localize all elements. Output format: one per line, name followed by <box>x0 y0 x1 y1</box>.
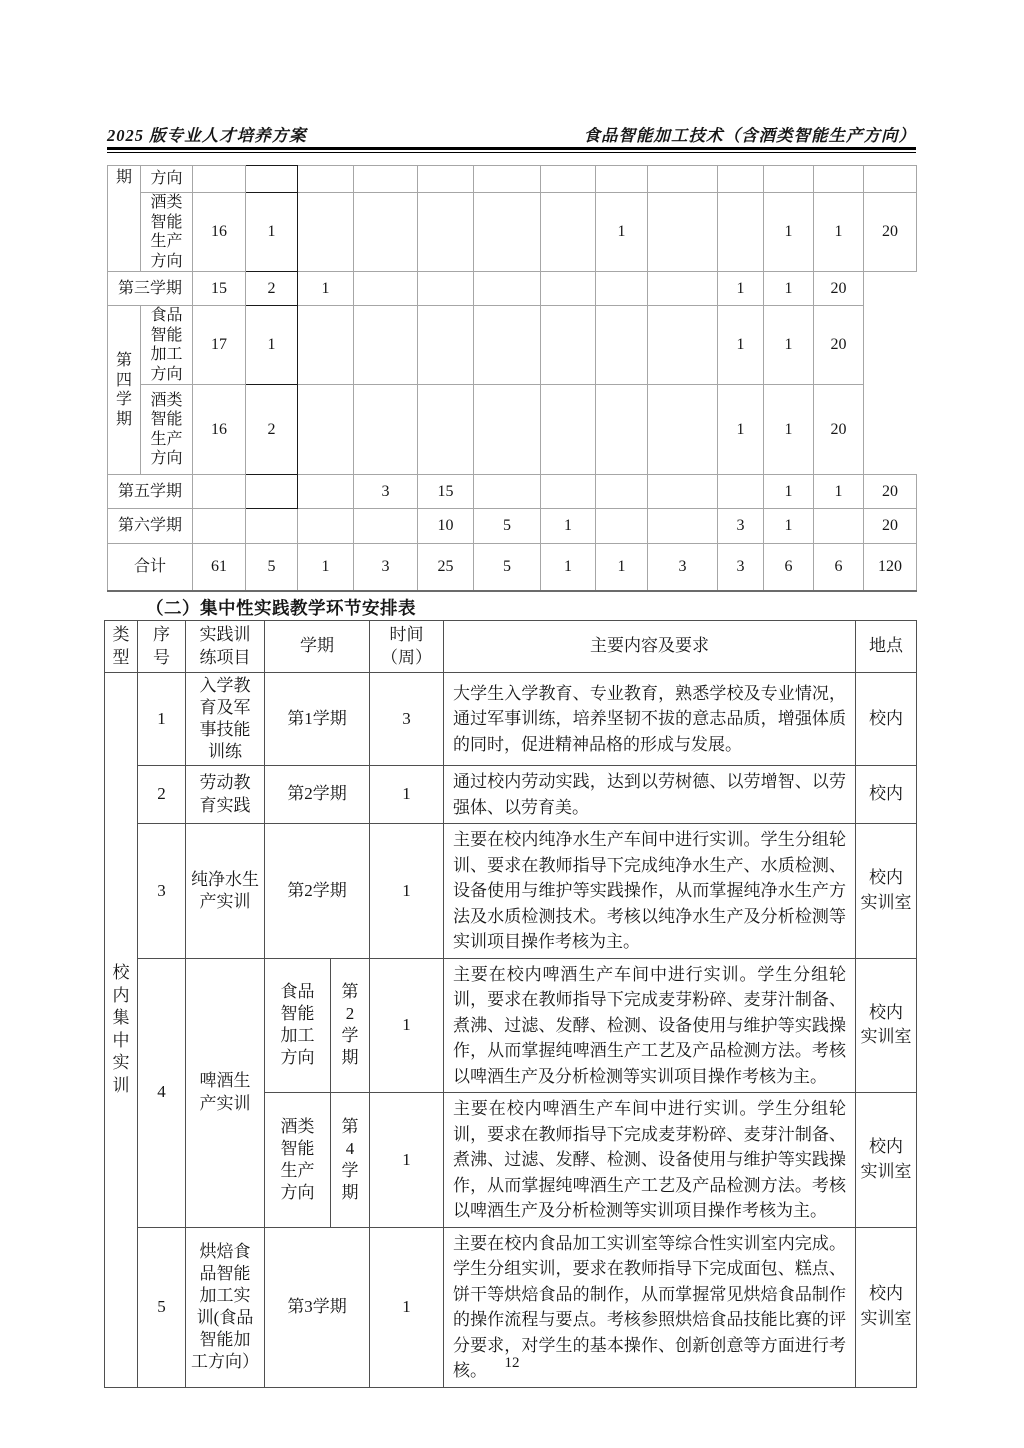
value-cell: 16 <box>193 385 246 475</box>
total-value-cell: 61 <box>193 544 246 591</box>
empty-cell <box>541 272 596 306</box>
value-cell: 17 <box>193 306 246 385</box>
project-cell: 劳动教 育实践 <box>186 766 265 824</box>
total-value-cell: 6 <box>764 544 814 591</box>
semester-cell: 第2学期 <box>265 824 370 959</box>
highlight-empty-cell <box>246 166 298 193</box>
col-header-content: 主要内容及要求 <box>444 621 856 673</box>
header-right-title: 食品智能加工技术（含酒类智能生产方向） <box>584 122 917 146</box>
direction-label-cell: 方向 <box>141 166 193 193</box>
semester-label-cell: 第三学期 <box>108 272 193 306</box>
col-header-time: 时间 （周） <box>370 621 444 673</box>
total-value-cell: 6 <box>814 544 864 591</box>
semester-cell: 第 2 学 期 <box>331 958 370 1093</box>
content-cell: 大学生入学教育、专业教育，熟悉学校及专业情况，通过军事训练，培养坚韧不拔的意志品… <box>444 673 856 766</box>
value-cell: 1 <box>298 272 354 306</box>
empty-cell <box>354 166 418 193</box>
empty-cell <box>474 272 541 306</box>
empty-cell <box>718 193 764 272</box>
empty-cell <box>718 166 764 193</box>
empty-cell <box>474 306 541 385</box>
empty-cell <box>648 272 718 306</box>
total-value-cell: 1 <box>298 544 354 591</box>
row-no-cell: 2 <box>138 766 186 824</box>
empty-cell <box>474 166 541 193</box>
weeks-cell: 1 <box>370 958 444 1093</box>
semester-cell: 第1学期 <box>265 673 370 766</box>
value-cell: 1 <box>764 385 814 475</box>
col-header-semester: 学期 <box>265 621 370 673</box>
empty-cell <box>596 509 648 544</box>
empty-cell <box>596 166 648 193</box>
document-page: 2025 版专业人才培养方案 食品智能加工技术（含酒类智能生产方向） 期 方向 … <box>0 0 1024 1448</box>
direction-cell: 食品 智能 加工 方向 <box>265 958 331 1093</box>
row-no-cell: 4 <box>138 958 186 1227</box>
highlight-value-cell: 1 <box>246 306 298 385</box>
empty-cell <box>298 193 354 272</box>
total-value-cell: 5 <box>246 544 298 591</box>
empty-cell <box>474 385 541 475</box>
empty-cell <box>298 306 354 385</box>
col-header-no: 序 号 <box>138 621 186 673</box>
total-value-cell: 1 <box>596 544 648 591</box>
empty-cell <box>596 385 648 475</box>
location-cell: 校内 实训室 <box>856 1093 917 1228</box>
project-cell: 纯净水生 产实训 <box>186 824 265 959</box>
empty-cell <box>718 475 764 509</box>
empty-cell <box>298 166 354 193</box>
value-cell: 1 <box>764 272 814 306</box>
value-cell: 10 <box>418 509 474 544</box>
empty-cell <box>418 193 474 272</box>
empty-cell <box>648 509 718 544</box>
value-cell: 1 <box>718 385 764 475</box>
empty-cell <box>541 306 596 385</box>
value-cell: 1 <box>814 193 864 272</box>
empty-cell <box>298 509 354 544</box>
col-header-project: 实践训 练项目 <box>186 621 265 673</box>
total-value-cell: 3 <box>718 544 764 591</box>
value-cell: 20 <box>814 272 864 306</box>
direction-label-cell: 食品 智能 加工 方向 <box>141 306 193 385</box>
value-cell: 1 <box>814 475 864 509</box>
row-no-cell: 1 <box>138 673 186 766</box>
empty-cell <box>354 385 418 475</box>
semester-cell: 第 4 学 期 <box>331 1093 370 1228</box>
value-cell: 1 <box>596 193 648 272</box>
content-cell: 主要在校内纯净水生产车间中进行实训。学生分组轮训、要求在教师指导下完成纯净水生产… <box>444 824 856 959</box>
semester-label-cell: 第五学期 <box>108 475 193 509</box>
location-cell: 校内 实训室 <box>856 824 917 959</box>
empty-cell <box>354 272 418 306</box>
semester-label-cell: 期 <box>108 166 141 272</box>
empty-cell <box>354 306 418 385</box>
empty-cell <box>418 272 474 306</box>
value-cell: 15 <box>193 272 246 306</box>
empty-cell <box>764 166 814 193</box>
project-cell: 入学教 育及军 事技能 训练 <box>186 673 265 766</box>
weeks-cell: 3 <box>370 673 444 766</box>
empty-cell <box>193 166 246 193</box>
empty-cell <box>648 193 718 272</box>
total-value-cell: 3 <box>354 544 418 591</box>
empty-cell <box>864 166 917 193</box>
empty-cell <box>541 166 596 193</box>
empty-cell <box>298 475 354 509</box>
value-cell: 1 <box>718 272 764 306</box>
empty-cell <box>474 475 541 509</box>
semester-label-cell: 第六学期 <box>108 509 193 544</box>
value-cell: 1 <box>764 306 814 385</box>
total-value-cell: 1 <box>541 544 596 591</box>
empty-cell <box>418 166 474 193</box>
empty-cell <box>298 385 354 475</box>
empty-cell <box>814 166 864 193</box>
value-cell: 3 <box>718 509 764 544</box>
col-header-location: 地点 <box>856 621 917 673</box>
total-value-cell: 120 <box>864 544 917 591</box>
empty-cell <box>596 272 648 306</box>
value-cell: 16 <box>193 193 246 272</box>
empty-cell <box>418 306 474 385</box>
value-cell: 1 <box>764 475 814 509</box>
content-cell: 主要在校内啤酒生产车间中进行实训。学生分组轮训，要求在教师指导下完成麦芽粉碎、麦… <box>444 1093 856 1228</box>
header-left-title: 2025 版专业人才培养方案 <box>107 122 307 146</box>
row-no-cell: 3 <box>138 824 186 959</box>
section-title: （二）集中性实践教学环节安排表 <box>146 595 416 620</box>
empty-cell <box>596 306 648 385</box>
empty-cell <box>354 509 418 544</box>
semester-hours-table: 期 方向 酒类 智能 生产 方向 16 1 1 1 1 20 第三学期 <box>107 165 917 592</box>
highlight-value-cell: 2 <box>246 385 298 475</box>
page-number: 12 <box>0 1355 1024 1372</box>
semester-cell: 第2学期 <box>265 766 370 824</box>
direction-label-cell: 酒类 智能 生产 方向 <box>141 385 193 475</box>
weeks-cell: 1 <box>370 766 444 824</box>
value-cell: 5 <box>474 509 541 544</box>
empty-cell <box>648 306 718 385</box>
empty-cell <box>474 193 541 272</box>
empty-cell <box>648 166 718 193</box>
highlight-value-cell: 2 <box>246 272 298 306</box>
type-label-cell: 校 内 集 中 实 训 <box>105 673 138 1388</box>
empty-cell <box>541 385 596 475</box>
empty-cell <box>193 475 246 509</box>
value-cell: 1 <box>541 509 596 544</box>
empty-cell <box>246 509 298 544</box>
highlight-empty-cell <box>246 475 298 509</box>
project-cell: 啤酒生 产实训 <box>186 958 265 1227</box>
total-value-cell: 5 <box>474 544 541 591</box>
weeks-cell: 1 <box>370 1093 444 1228</box>
empty-cell <box>193 509 246 544</box>
empty-cell <box>814 509 864 544</box>
empty-cell <box>541 193 596 272</box>
weeks-cell: 1 <box>370 824 444 959</box>
location-cell: 校内 <box>856 673 917 766</box>
empty-cell <box>596 475 648 509</box>
value-cell: 3 <box>354 475 418 509</box>
content-cell: 通过校内劳动实践，达到以劳树德、以劳增智、以劳强体、以劳育美。 <box>444 766 856 824</box>
empty-cell <box>541 475 596 509</box>
total-label-cell: 合计 <box>108 544 193 591</box>
total-value-cell: 3 <box>648 544 718 591</box>
value-cell: 1 <box>764 509 814 544</box>
location-cell: 校内 <box>856 766 917 824</box>
content-cell: 主要在校内啤酒生产车间中进行实训。学生分组轮训，要求在教师指导下完成麦芽粉碎、麦… <box>444 958 856 1093</box>
empty-cell <box>648 475 718 509</box>
value-cell: 1 <box>718 306 764 385</box>
empty-cell <box>354 193 418 272</box>
value-cell: 15 <box>418 475 474 509</box>
highlight-value-cell: 1 <box>246 193 298 272</box>
total-value-cell: 25 <box>418 544 474 591</box>
empty-cell <box>418 385 474 475</box>
practice-table: 类 型 序 号 实践训 练项目 学期 时间 （周） 主要内容及要求 地点 校 内… <box>104 620 917 1388</box>
value-cell: 1 <box>764 193 814 272</box>
semester-label-cell: 第 四 学 期 <box>108 306 141 475</box>
value-cell: 20 <box>864 509 917 544</box>
empty-cell <box>648 385 718 475</box>
direction-cell: 酒类 智能 生产 方向 <box>265 1093 331 1228</box>
col-header-type: 类 型 <box>105 621 138 673</box>
location-cell: 校内 实训室 <box>856 958 917 1093</box>
value-cell: 20 <box>864 193 917 272</box>
value-cell: 20 <box>814 385 864 475</box>
value-cell: 20 <box>864 475 917 509</box>
value-cell: 20 <box>814 306 864 385</box>
direction-label-cell: 酒类 智能 生产 方向 <box>141 193 193 272</box>
header-rule <box>107 147 916 153</box>
